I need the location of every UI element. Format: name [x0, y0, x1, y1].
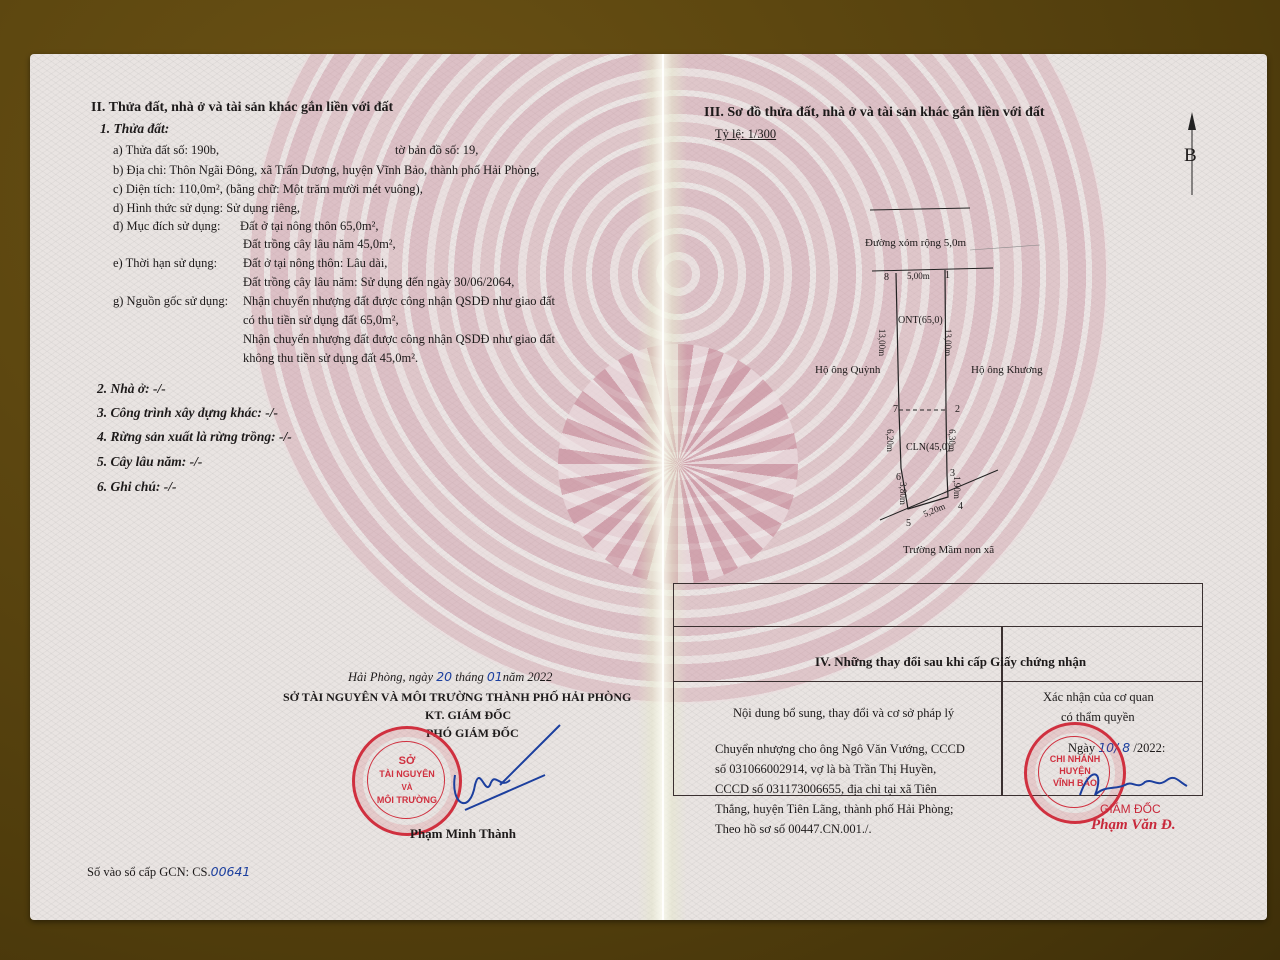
- issue-year: năm 2022: [503, 670, 553, 684]
- north-label: B: [1184, 146, 1197, 166]
- parcel-number: a) Thửa đất số: 190b,: [113, 143, 219, 158]
- confirm-title: GIÁM ĐỐC: [1100, 802, 1161, 817]
- zone-ont: ONT(65,0): [898, 313, 943, 328]
- parcel-area: c) Diện tích: 110,0m², (bằng chữ: Một tr…: [113, 182, 423, 197]
- parcel-diagram: [850, 190, 1040, 540]
- change-content-line-1: Chuyển nhượng cho ông Ngô Văn Vướng, CCC…: [715, 742, 965, 757]
- edge-6-5: 3,80m: [895, 482, 910, 505]
- usage-origin-2: có thu tiền sử dụng đất 65,0m²,: [243, 313, 399, 328]
- issue-month: 01: [487, 669, 503, 684]
- point-7: 7: [893, 402, 898, 417]
- point-8: 8: [884, 270, 889, 285]
- usage-term-label: e) Thời hạn sử dụng:: [113, 256, 217, 271]
- item-production-forest: 4. Rừng sản xuất là rừng trồng: -/-: [97, 429, 292, 444]
- section-ii-title: II. Thửa đất, nhà ở và tài sản khác gắn …: [91, 100, 393, 115]
- parcel-subtitle: 1. Thửa đất:: [100, 121, 169, 136]
- signature-left: [440, 715, 570, 825]
- point-5: 5: [906, 516, 911, 531]
- changes-col2-header-1: Xác nhận của cơ quan: [1043, 690, 1154, 705]
- usage-term-1: Đất ở tại nông thôn: Lâu dài,: [243, 256, 387, 271]
- item-house: 2. Nhà ở: -/-: [97, 381, 166, 396]
- usage-purpose-2: Đất trồng cây lâu năm 45,0m²,: [243, 237, 396, 252]
- confirm-date-suffix: /2022:: [1133, 741, 1165, 755]
- confirm-signer: Phạm Văn Đ.: [1091, 818, 1176, 833]
- issuing-authority: SỞ TÀI NGUYÊN VÀ MÔI TRƯỜNG THÀNH PHỐ HẢ…: [283, 690, 631, 705]
- point-4: 4: [958, 499, 963, 514]
- usage-form: d) Hình thức sử dụng: Sử dụng riêng,: [113, 201, 300, 216]
- usage-origin-4: không thu tiền sử dụng đất 45,0m².: [243, 351, 418, 366]
- edge-2-3: 6,30m: [944, 429, 959, 452]
- item-notes: 6. Ghi chú: -/-: [97, 479, 177, 494]
- usage-purpose-label: đ) Mục đích sử dụng:: [113, 219, 220, 234]
- edge-8-7: 13,00m: [874, 329, 889, 356]
- usage-origin-3: Nhận chuyển nhượng đất được công nhận QS…: [243, 332, 555, 347]
- issue-day: 20: [436, 669, 452, 684]
- signer-name: Phạm Minh Thành: [410, 826, 516, 841]
- fold-crease: [662, 54, 664, 920]
- item-perennial-trees: 5. Cây lâu năm: -/-: [97, 454, 202, 469]
- road-bottom-label: Trường Mầm non xã: [903, 543, 994, 558]
- edge-3-4: 1,90m: [949, 476, 964, 499]
- registry-label: Số vào sổ cấp GCN: CS.: [87, 865, 211, 879]
- map-scale: Tỷ lệ: 1/300: [715, 127, 776, 142]
- registry-entry: Số vào sổ cấp GCN: CS.00641: [87, 864, 250, 880]
- edge-1-2: 13,00m: [940, 329, 955, 356]
- parcel-address: b) Địa chỉ: Thôn Ngãi Đông, xã Trấn Dươn…: [113, 163, 539, 178]
- edge-7-6: 6,20m: [882, 429, 897, 452]
- change-content-line-2: số 031066002914, vợ là bà Trần Thị Huyền…: [715, 762, 936, 777]
- change-content-line-4: Thắng, huyện Tiên Lãng, thành phố Hải Ph…: [715, 802, 954, 817]
- usage-term-2: Đất trồng cây lâu năm: Sử dụng đến ngày …: [243, 275, 514, 290]
- edge-8-1: 5,00m: [907, 269, 930, 284]
- section-iv-title: IV. Những thay đổi sau khi cấp Giấy chứn…: [815, 654, 1086, 669]
- usage-origin-label: g) Nguồn gốc sử dụng:: [113, 294, 228, 309]
- issue-date: Hải Phòng, ngày 20 tháng 01năm 2022: [348, 669, 552, 685]
- change-content-line-5: Theo hồ sơ số 00447.CN.001./.: [715, 822, 872, 837]
- registry-number: 00641: [211, 864, 251, 879]
- changes-col1-header: Nội dung bổ sung, thay đổi và cơ sở pháp…: [733, 706, 954, 721]
- usage-purpose-1: Đất ở tại nông thôn 65,0m²,: [240, 219, 378, 234]
- point-2: 2: [955, 402, 960, 417]
- point-1: 1: [945, 268, 950, 283]
- map-sheet-number: tờ bản đồ số: 19,: [395, 143, 478, 158]
- section-iii-title: III. Sơ đồ thửa đất, nhà ở và tài sản kh…: [704, 105, 1045, 120]
- change-content-line-3: CCCD số 031173006655, địa chỉ tại xã Tiê…: [715, 782, 937, 797]
- usage-origin-1: Nhận chuyển nhượng đất được công nhận QS…: [243, 294, 555, 309]
- issue-month-label: tháng: [455, 670, 483, 684]
- issue-date-prefix: Hải Phòng, ngày: [348, 670, 433, 684]
- item-other-construction: 3. Công trình xây dựng khác: -/-: [97, 405, 278, 420]
